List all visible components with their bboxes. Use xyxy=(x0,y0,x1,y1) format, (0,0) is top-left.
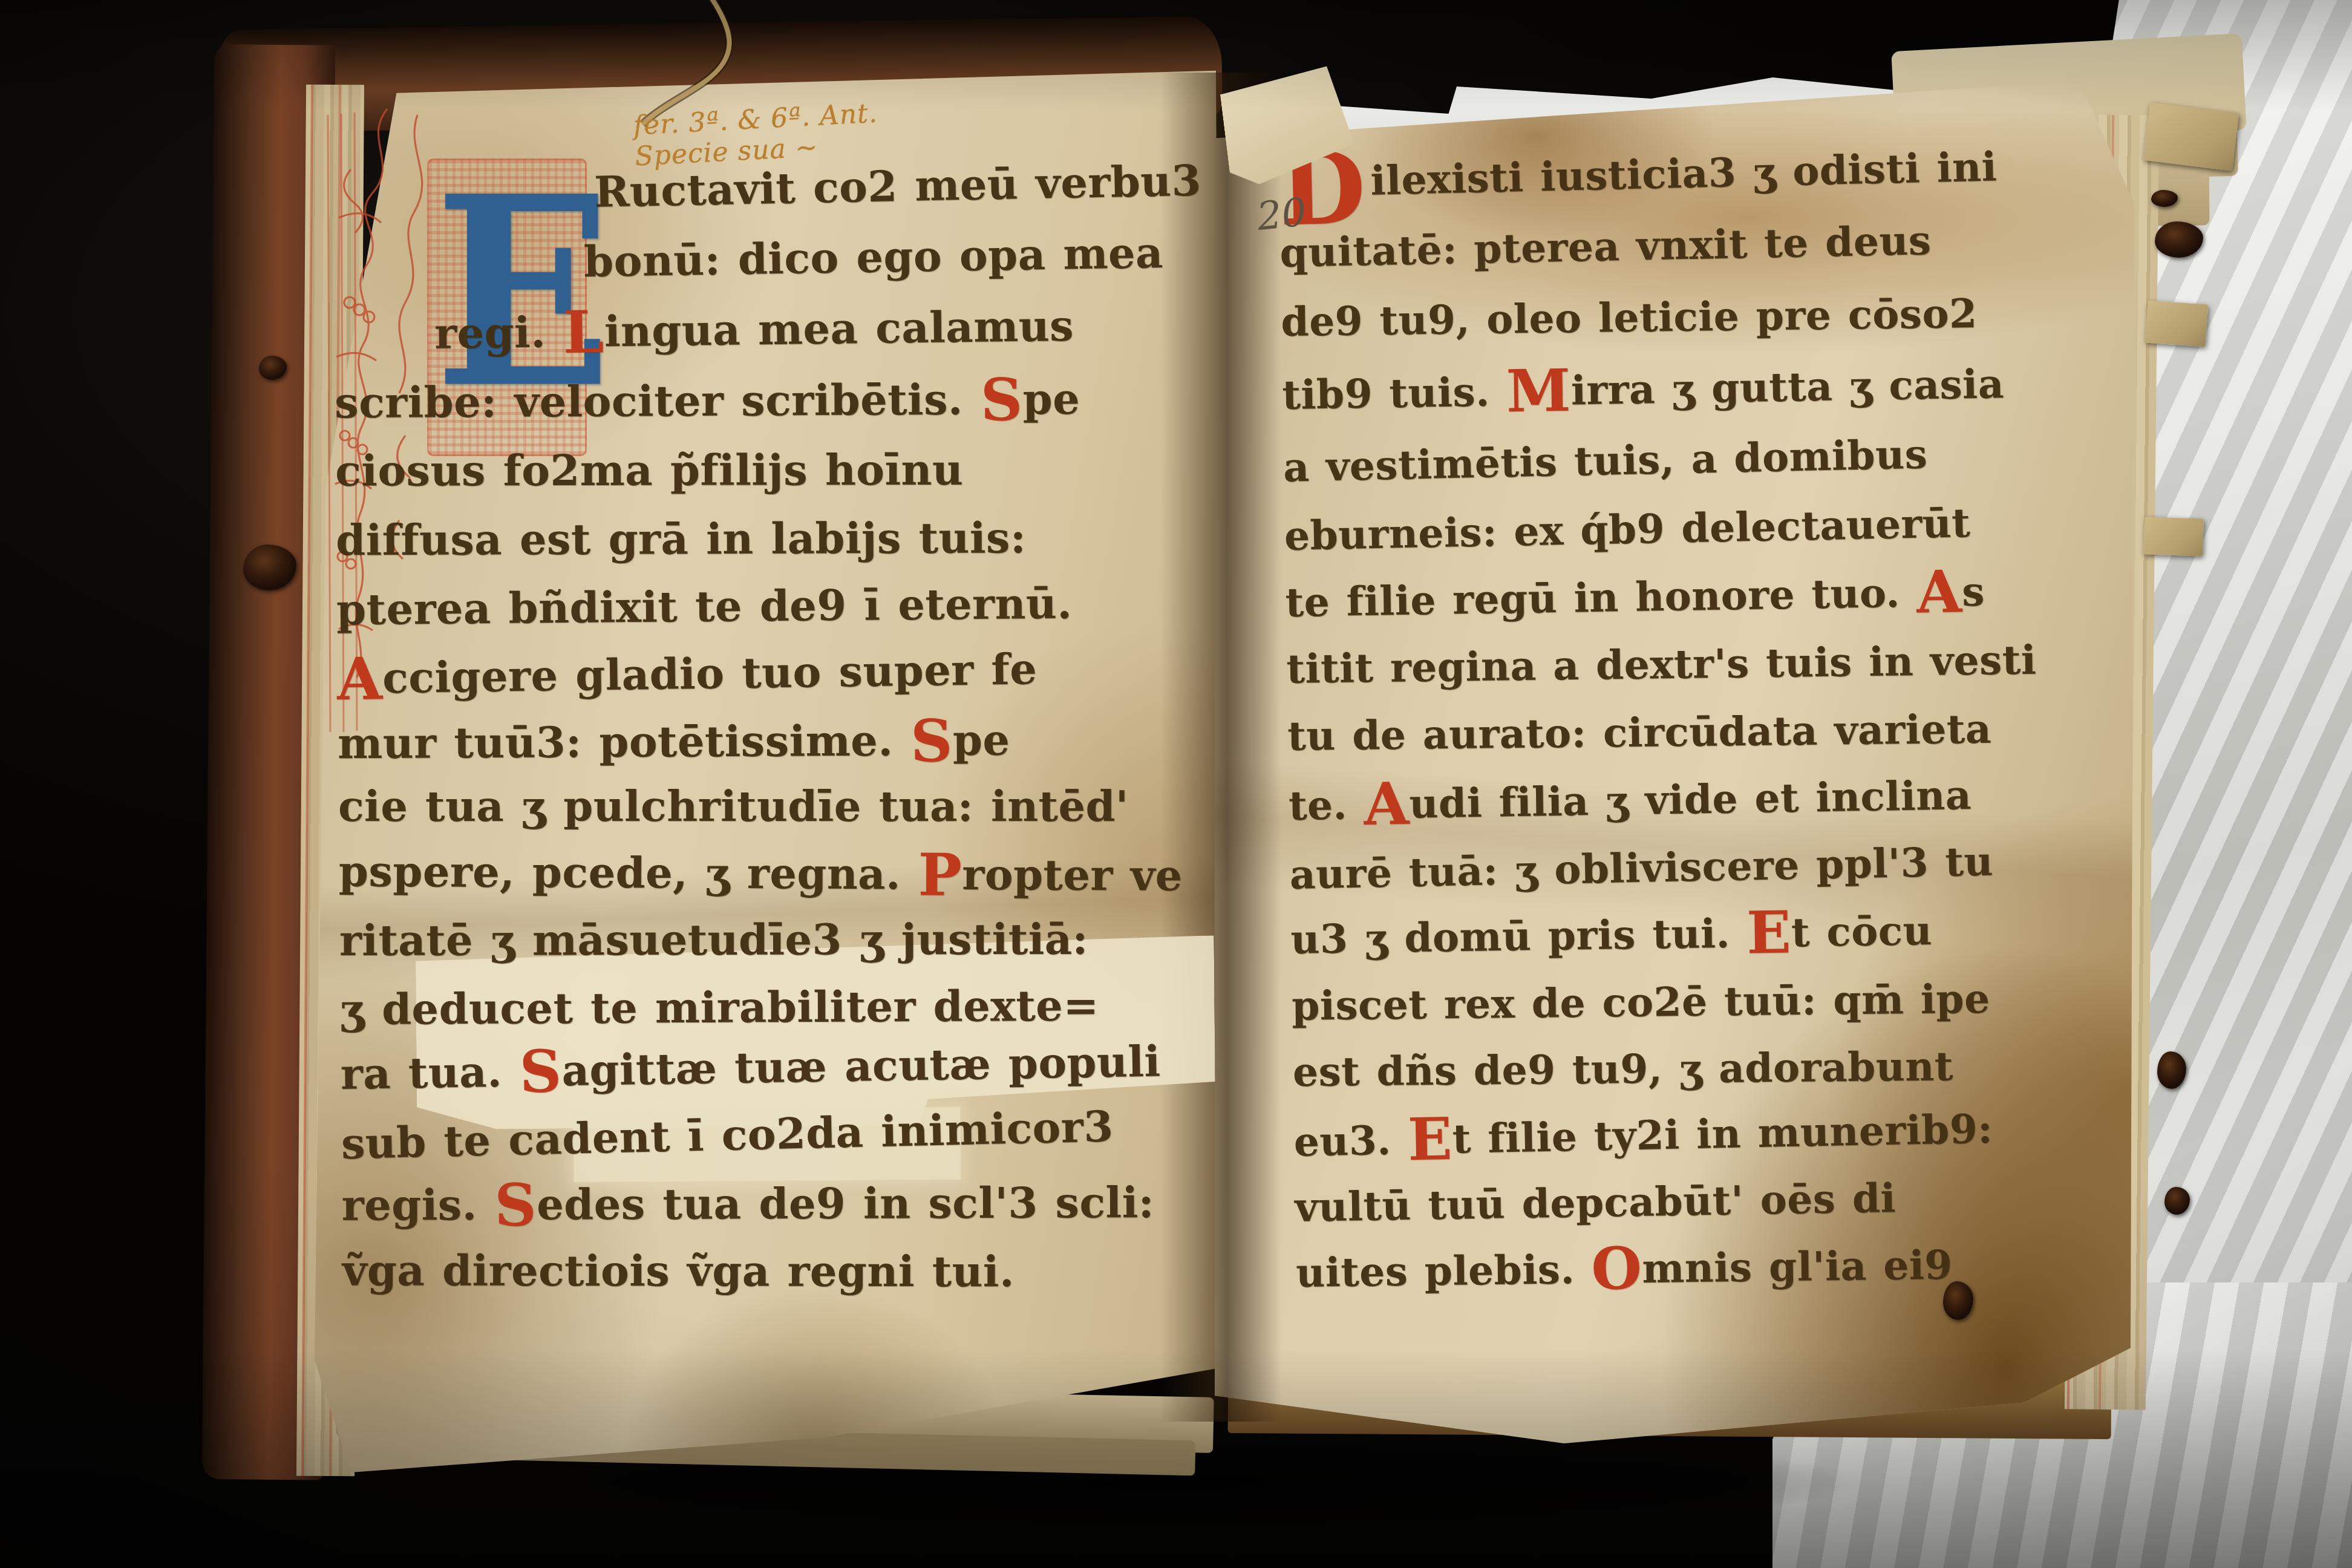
line-text: ṽga directiois ṽga regni tui. xyxy=(342,1245,1014,1296)
line-text: mnis gl'ia ei9 xyxy=(1642,1241,1953,1292)
rubricated-initial: E xyxy=(1407,1105,1453,1174)
text-line: vultū tuū depcabūt' oēs di xyxy=(1295,1174,1896,1231)
line-text: pterea bñdixit te de9 ī eternū. xyxy=(336,578,1073,635)
text-line: uites plebis. Omnis gl'ia ei9 xyxy=(1296,1241,1953,1296)
text-line: pspere, pcede, ʒ regna. Propter ve xyxy=(339,846,1183,901)
text-line: te filie regū in honore tuo. As xyxy=(1285,568,1985,626)
text-line: ritatē ʒ māsuetudīe3 ʒ justitiā: xyxy=(339,914,1088,965)
line-text: udi filia ʒ vide et inclina xyxy=(1409,771,1972,828)
line-text: tib9 tuis. xyxy=(1282,368,1507,419)
rubricated-initial: S xyxy=(980,365,1022,434)
line-text: diffusa est grā in labijs tuis: xyxy=(336,512,1026,565)
line-text: sub te cadent ī co2da inimicor3 xyxy=(341,1101,1114,1169)
text-line: u3 ʒ domū pris tui. Et cōcu xyxy=(1290,907,1932,963)
line-text: pe xyxy=(1022,374,1080,424)
line-text: ccigere gladio tuo super fe xyxy=(382,644,1037,703)
line-text: titit regina a dextr's tuis in vesti xyxy=(1286,636,2037,693)
index-tab xyxy=(2143,102,2239,171)
line-text: te. xyxy=(1288,781,1364,829)
line-text: est dñs de9 tu9, ʒ adorabunt xyxy=(1293,1043,1953,1096)
line-text: edes tua de9 in scl'3 scli: xyxy=(537,1177,1154,1230)
line-text: uites plebis. xyxy=(1296,1246,1592,1296)
rubricated-initial: S xyxy=(494,1171,537,1240)
line-text: s xyxy=(1961,568,1985,616)
line-text: t cōcu xyxy=(1791,907,1932,956)
line-text: scribe: velociter scribētis. xyxy=(335,374,981,428)
rubricated-initial: S xyxy=(910,707,953,775)
text-line: est dñs de9 tu9, ʒ adorabunt xyxy=(1293,1043,1953,1096)
text-line: titit regina a dextr's tuis in vesti xyxy=(1286,636,2037,693)
line-text: ingua mea calamus xyxy=(604,301,1074,356)
text-line: scribe: velociter scribētis. Spe xyxy=(335,374,1080,428)
text-line: ciosus fo2ma p̃filijs hoīnu xyxy=(335,445,963,496)
text-line: cie tua ʒ pulchritudīe tua: intēd' xyxy=(338,781,1129,831)
rubricated-initial: S xyxy=(519,1037,563,1106)
text-line: eu3. Et filie ty2i in munerib9: xyxy=(1293,1105,1993,1166)
line-text: piscet rex de co2ē tuū: qm̄ ipe xyxy=(1292,975,1990,1030)
index-tab xyxy=(2143,517,2204,556)
line-text: cie tua ʒ pulchritudīe tua: intēd' xyxy=(338,781,1129,831)
line-text: ciosus fo2ma p̃filijs hoīnu xyxy=(335,445,963,496)
text-line: ra tua. Sagittæ tuæ acutæ populi xyxy=(340,1036,1161,1099)
text-line: aurē tuā: ʒ obliviscere ppl'3 tu xyxy=(1289,838,1994,898)
left-text-block: Ructavit co2 meū verbu3bonū: dico ego op… xyxy=(333,158,1214,1315)
text-line: regis. Sedes tua de9 in scl'3 scli: xyxy=(342,1177,1155,1230)
line-text: vultū tuū depcabūt' oēs di xyxy=(1295,1174,1896,1231)
text-line: tu de aurato: circūdata varieta xyxy=(1287,705,1992,760)
text-line: mur tuū3: potētissime. Spe xyxy=(338,715,1010,769)
manuscript-photo: E Ructavit co2 meū verbu3bonū: dico ego … xyxy=(0,0,2352,1568)
line-text: pe xyxy=(953,715,1010,765)
rubricated-initial: L xyxy=(563,298,604,367)
rubricated-initial: A xyxy=(336,644,383,713)
text-line: ʒ deducet te mirabiliter dexte= xyxy=(340,981,1099,1035)
line-text: pspere, pcede, ʒ regna. xyxy=(339,846,918,900)
line-text: regi. xyxy=(434,307,564,359)
line-text: irra ʒ gutta ʒ casia xyxy=(1570,360,2004,414)
text-line: de9 tu9, oleo leticie pre cōso2 xyxy=(1281,290,1978,345)
text-line: pterea bñdixit te de9 ī eternū. xyxy=(336,578,1073,635)
text-line: piscet rex de co2ē tuū: qm̄ ipe xyxy=(1292,975,1990,1030)
line-text: mur tuū3: potētissime. xyxy=(338,715,910,768)
rubricated-initial: O xyxy=(1591,1234,1642,1303)
line-text: regis. xyxy=(342,1180,495,1230)
line-text: a vestimētis tuis, a domibus xyxy=(1282,430,1927,491)
line-text: agittæ tuæ acutæ populi xyxy=(561,1036,1161,1096)
text-line: a vestimētis tuis, a domibus xyxy=(1282,430,1927,491)
text-line: sub te cadent ī co2da inimicor3 xyxy=(341,1101,1114,1169)
line-text: tu de aurato: circūdata varieta xyxy=(1287,705,1992,760)
rubricated-initial: M xyxy=(1506,356,1572,425)
rubricated-initial: E xyxy=(1746,898,1792,967)
line-text: de9 tu9, oleo leticie pre cōso2 xyxy=(1281,290,1978,345)
text-line: quitatē: pterea vnxit te deus xyxy=(1279,217,1932,276)
line-text: ropter ve xyxy=(962,849,1183,901)
rubricated-initial: A xyxy=(1364,769,1410,838)
text-line: eburneis: ex q́b9 delectauerūt xyxy=(1284,499,1971,560)
right-text-block: Dilexisti iusticia3 ʒ odisti iniquitatē:… xyxy=(1278,143,2137,1306)
text-line: te. Audi filia ʒ vide et inclina xyxy=(1288,771,1971,829)
text-line: tib9 tuis. Mirra ʒ gutta ʒ casia xyxy=(1282,360,2005,419)
index-tab xyxy=(2145,301,2209,347)
text-line: diffusa est grā in labijs tuis: xyxy=(336,512,1026,565)
line-text: ritatē ʒ māsuetudīe3 ʒ justitiā: xyxy=(339,914,1088,965)
text-line: ṽga directiois ṽga regni tui. xyxy=(342,1245,1014,1296)
line-text: t filie ty2i in munerib9: xyxy=(1452,1105,1993,1163)
text-line: bonū: dico ego opa mea xyxy=(583,227,1163,287)
line-text: quitatē: pterea vnxit te deus xyxy=(1279,217,1932,276)
line-text: aurē tuā: ʒ obliviscere ppl'3 tu xyxy=(1289,838,1994,898)
rubricated-initial: A xyxy=(1916,557,1962,626)
page-number: 20 xyxy=(1255,190,1308,240)
line-text: te filie regū in honore tuo. xyxy=(1285,569,1917,626)
line-text: ra tua. xyxy=(340,1046,520,1099)
line-text: bonū: dico ego opa mea xyxy=(583,227,1163,287)
line-text: eburneis: ex q́b9 delectauerūt xyxy=(1284,499,1971,560)
rubricated-initial: P xyxy=(918,841,962,909)
line-text: u3 ʒ domū pris tui. xyxy=(1290,909,1747,963)
line-text: ʒ deducet te mirabiliter dexte= xyxy=(340,981,1099,1035)
text-line: regi. Lingua mea calamus xyxy=(434,301,1074,359)
text-line: Accigere gladio tuo super fe xyxy=(337,644,1037,704)
